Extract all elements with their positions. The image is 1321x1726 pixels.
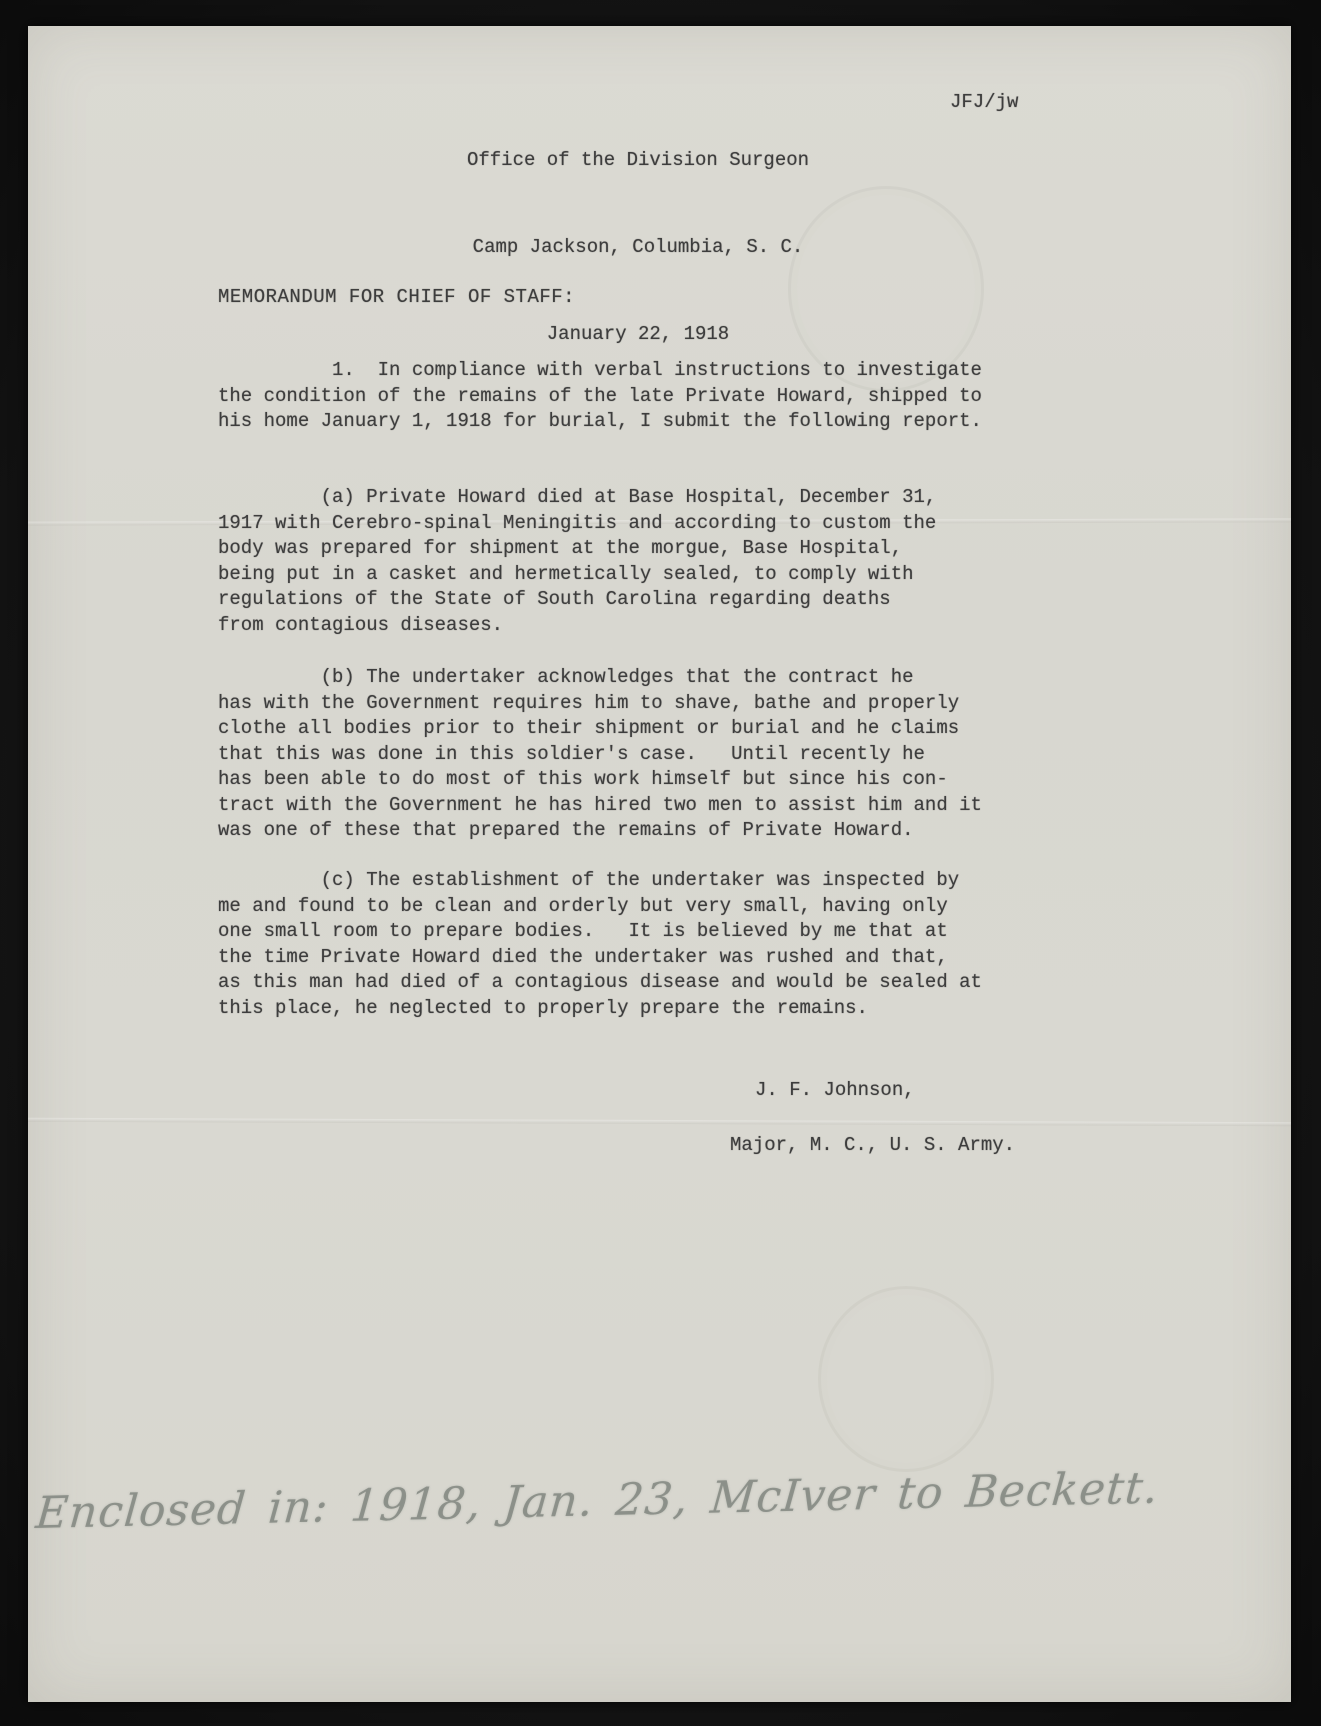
paper-crease-lower [28,1118,1291,1126]
embossed-seal-bottom [818,1286,994,1472]
paragraph-b: (b) The undertaker acknowledges that the… [218,665,982,844]
memo-page: Office of the Division Surgeon Camp Jack… [28,26,1291,1702]
paragraph-1: 1. In compliance with verbal instruction… [218,358,982,435]
paragraph-a: (a) Private Howard died at Base Hospital… [218,485,936,638]
signature-title: Major, M. C., U. S. Army. [730,1133,1015,1159]
signature-name: J. F. Johnson, [755,1078,915,1104]
letterhead-location-line: Camp Jackson, Columbia, S. C. [328,233,948,262]
letterhead-date-line: January 22, 1918 [328,320,948,349]
paragraph-c: (c) The establishment of the undertaker … [218,868,982,1021]
subject-line: MEMORANDUM FOR CHIEF OF STAFF: [218,285,575,311]
letterhead-office-line: Office of the Division Surgeon [328,146,948,175]
scan-background: Office of the Division Surgeon Camp Jack… [0,0,1321,1726]
typist-initials: JFJ/jw [950,90,1018,116]
archival-handwritten-note: Enclosed in: 1918, Jan. 23, McIver to Be… [34,1460,1278,1539]
